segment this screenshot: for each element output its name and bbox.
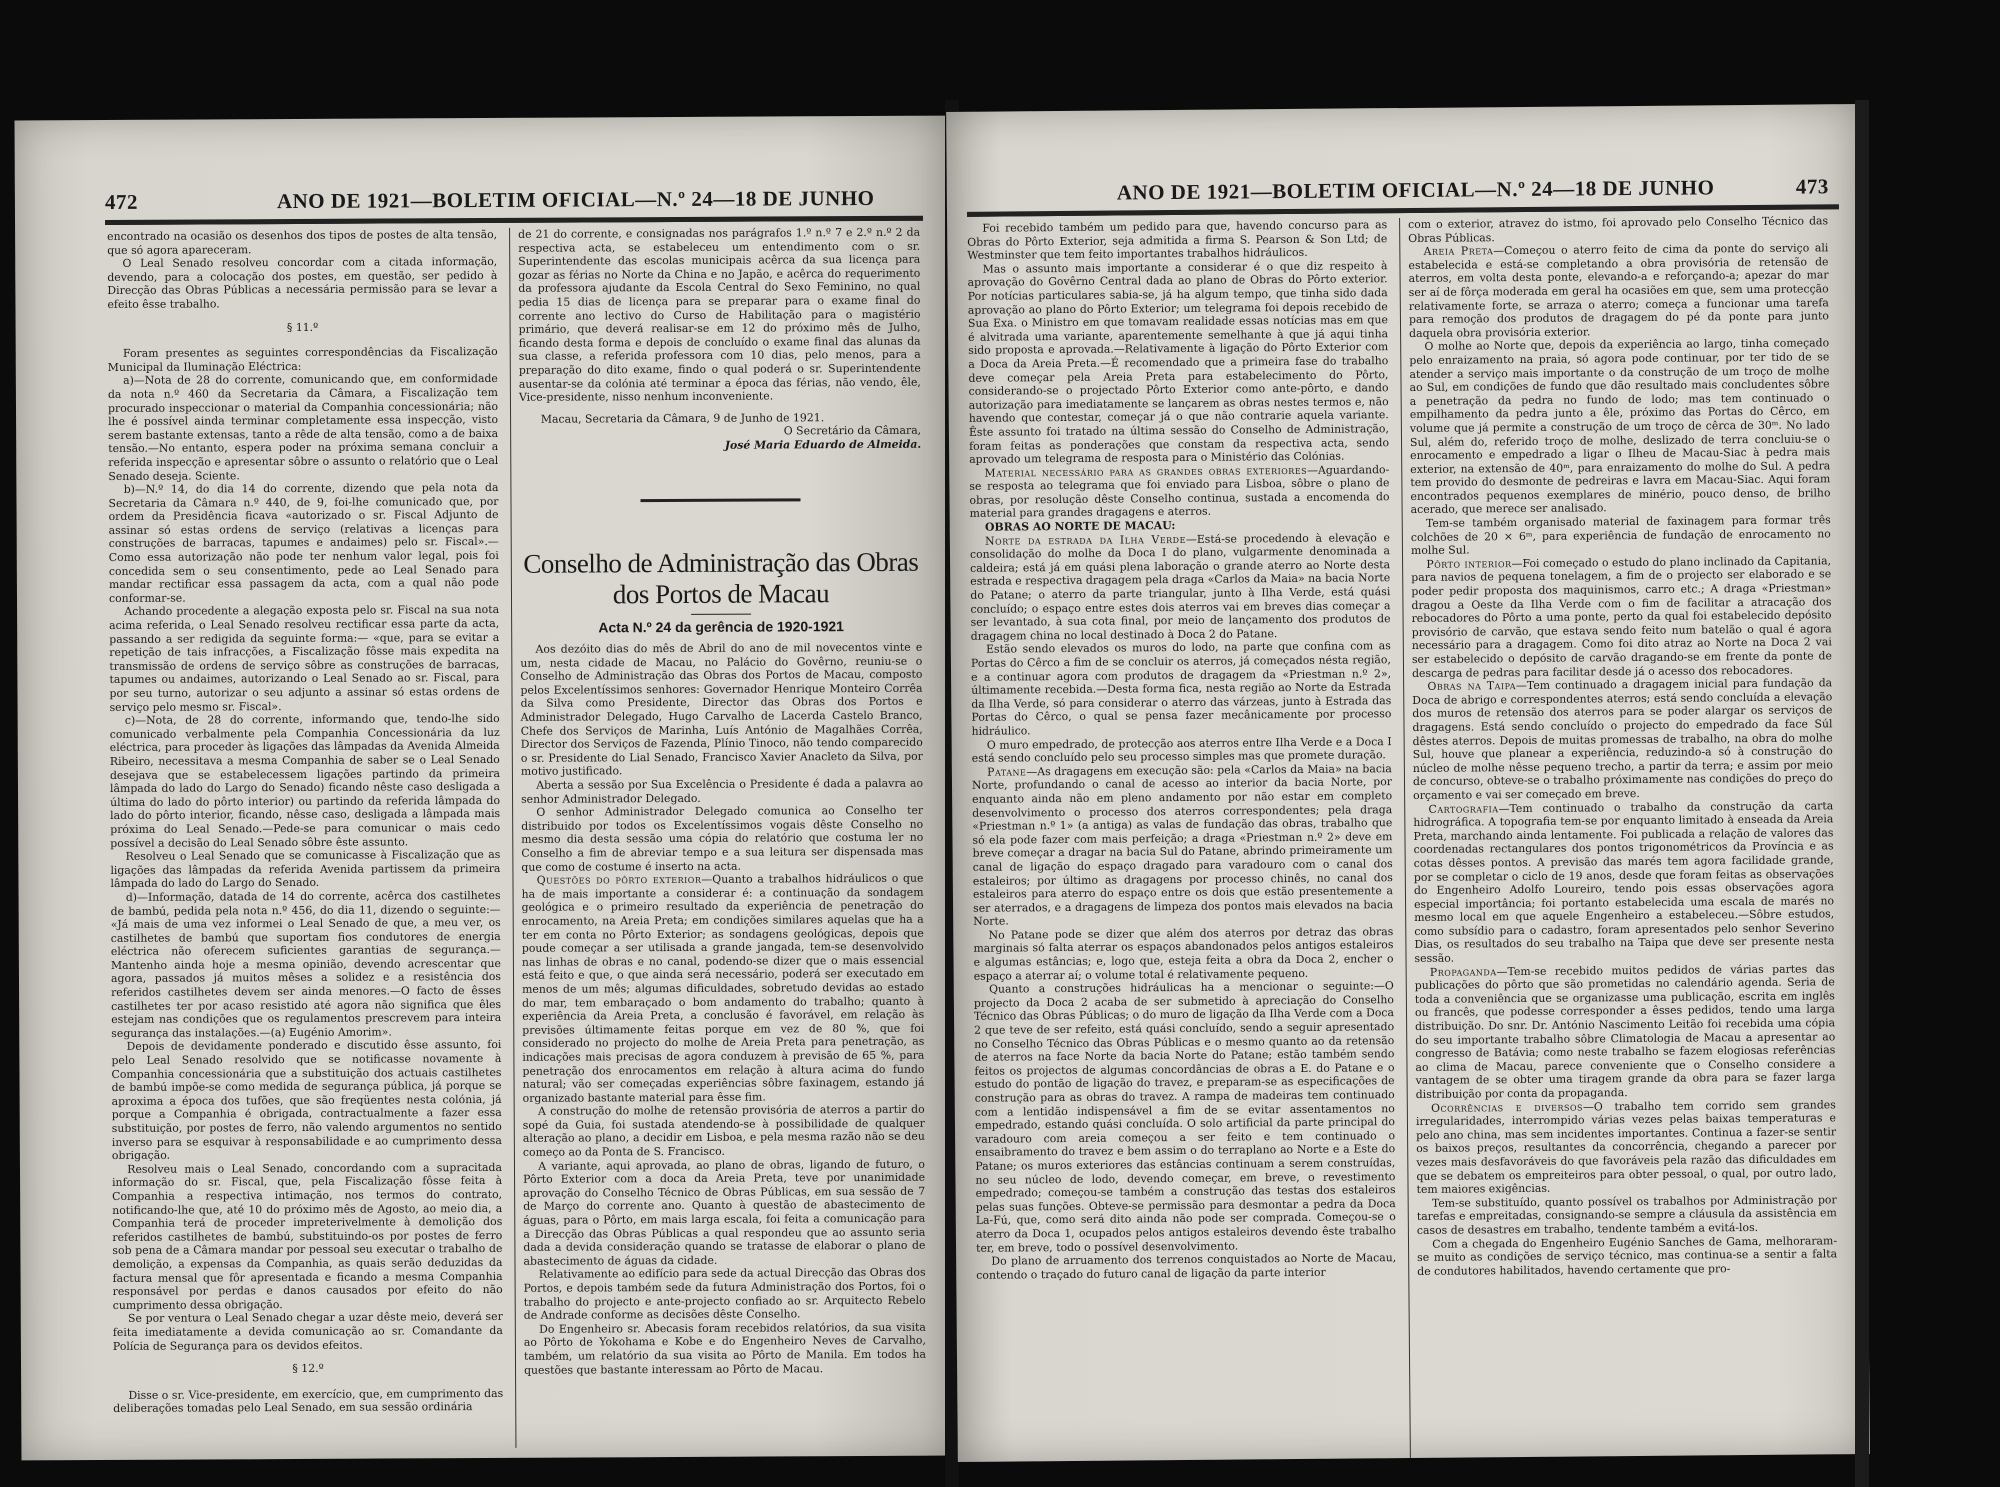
paragraph-lead: Patane <box>987 765 1026 778</box>
acta-title: Acta N.º 24 da gerência de 1920-1921 <box>520 619 922 635</box>
section-heading: Conselho de Administração das Obras dos … <box>520 546 922 615</box>
paragraph: Propaganda—Tem-se recebido muitos pedido… <box>1415 962 1836 1102</box>
paragraph: O muro empedrado, de protecção aos aterr… <box>972 735 1392 766</box>
paragraph: O Leal Senado resolveu concordar com a c… <box>107 255 497 311</box>
right-column-2: com o exterior, atravez do istmo, foi ap… <box>1399 214 1839 1458</box>
section-heading-line-2: dos Portos de Macau <box>520 577 922 610</box>
paragraph: Resolveu o Leal Senado que se comunicass… <box>110 848 500 891</box>
paragraph: Foram presentes as seguintes correspondê… <box>108 345 498 374</box>
paragraph: A construção do molhe de retensão provis… <box>523 1103 925 1159</box>
paragraph: Achando procedente a alegação exposta pe… <box>109 603 500 714</box>
paragraph: a)—Nota de 28 do corrente, comunicando q… <box>108 372 499 483</box>
paragraph: Se por ventura o Leal Senado chegar a uz… <box>113 1310 503 1353</box>
paragraph: Questões do pôrto exterior—Quanto a trab… <box>521 872 924 1105</box>
left-page: 472 ANO DE 1921—BOLETIM OFICIAL—N.º 24—1… <box>14 116 953 1461</box>
paragraph: Aberta a sessão por Sua Excelência o Pre… <box>521 777 923 806</box>
paragraph: Tem-se substituído, quanto possível os t… <box>1417 1193 1837 1237</box>
left-page-header: 472 ANO DE 1921—BOLETIM OFICIAL—N.º 24—1… <box>105 186 917 218</box>
heading-rule <box>691 613 751 614</box>
header-title: ANO DE 1921—BOLETIM OFICIAL—N.º 24—18 DE… <box>277 186 875 214</box>
page-number: 472 <box>105 190 138 215</box>
paragraph: Tem-se também organisado material de fax… <box>1411 513 1831 557</box>
paragraph: c)—Nota, de 28 do corrente, informando q… <box>110 712 501 850</box>
paragraph: Mas o assunto mais importante a consider… <box>967 259 1389 467</box>
paragraph: de 21 do corrente, e consignadas nos par… <box>518 226 921 405</box>
paragraph-lead: Norte da estrada da Ilha Verde <box>985 533 1186 548</box>
paragraph-lead: Areia Preta <box>1424 244 1494 258</box>
acta-body: Aos dezóito dias do mês de Abril do ano … <box>520 641 926 1377</box>
page-number: 473 <box>1796 174 1829 199</box>
paragraph-lead: Ocorrências e diversos <box>1431 1100 1583 1114</box>
paragraph: b)—N.º 14, do dia 14 do corrente, dizend… <box>108 481 499 605</box>
paragraph: Do plano de arruamento dos terrenos conq… <box>976 1251 1396 1282</box>
paragraph-lead: Propaganda <box>1430 965 1497 979</box>
section-heading-line-1: Conselho de Administração das Obras <box>520 546 922 579</box>
paragraph: O molhe ao Norte que, depois da experiên… <box>1409 337 1831 517</box>
paragraph-lead: Cartografia <box>1428 802 1498 816</box>
paragraph: Disse o sr. Vice-presidente, em exercíci… <box>113 1387 503 1416</box>
paragraph: Pôrto interior—Foi começado o estudo do … <box>1411 554 1832 680</box>
paragraph: com o exterior, atravez do istmo, foi ap… <box>1408 214 1828 245</box>
left-column-2: de 21 do corrente, e consignadas nos par… <box>509 226 926 1448</box>
right-column-1: Foi recebido também um pedido para que, … <box>967 218 1396 1282</box>
paragraph: Cartografia—Tem continuado o trabalho da… <box>1413 799 1834 966</box>
paragraph: Material necessário para as grandes obra… <box>969 463 1389 521</box>
paragraph: Areia Preta—Começou o aterro feito de ci… <box>1408 241 1829 340</box>
section-divider <box>640 498 800 502</box>
right-page: ANO DE 1921—BOLETIM OFICIAL—N.º 24—18 DE… <box>946 104 1870 1462</box>
paragraph: Relativamente ao edifício para sede da a… <box>524 1266 926 1322</box>
paragraph-lead: Obras na Taipa <box>1427 679 1516 693</box>
left-column-1: encontrado na ocasião os desenhos dos ti… <box>107 228 503 1416</box>
page-edge <box>1855 100 1869 1487</box>
section-marker: § 12.º <box>113 1361 503 1377</box>
header-title: ANO DE 1921—BOLETIM OFICIAL—N.º 24—18 DE… <box>1117 175 1715 205</box>
paragraph: d)—Informação, datada de 14 do corrente,… <box>111 889 502 1041</box>
paragraph: Resolveu mais o Leal Senado, concordando… <box>112 1161 503 1313</box>
paragraph-lead: Questões do pôrto exterior <box>537 873 702 887</box>
paragraph-lead: Pôrto interior <box>1426 557 1511 571</box>
signature-name: José Maria Eduardo de Almeida. <box>519 438 921 454</box>
paragraph: Aos dezóito dias do mês de Abril do ano … <box>520 641 923 779</box>
paragraph: Do Engenheiro sr. Abecasis foram recebid… <box>524 1320 926 1376</box>
paragraph: O senhor Administrador Delegado comunica… <box>521 804 923 874</box>
paragraph: Obras na Taipa—Tem continuado a dragagem… <box>1412 676 1833 802</box>
paragraph: Patane—As dragagens em execução são: pel… <box>972 762 1393 929</box>
paragraph: No Patane pode se dizer que além dos ate… <box>973 925 1393 983</box>
paragraph: Estão sendo elevados os muros do lodo, n… <box>971 640 1392 739</box>
paragraph: Depois de devidamente ponderado e discut… <box>111 1038 502 1162</box>
paragraph: Com a chegada do Engenheiro Eugénio Sanc… <box>1417 1234 1837 1278</box>
paragraph: Quanto a construções hidráulicas ha a me… <box>974 979 1396 1255</box>
paragraph: Norte da estrada da Ilha Verde—Está-se p… <box>970 531 1391 643</box>
paragraph: encontrado na ocasião os desenhos dos ti… <box>107 228 497 257</box>
paragraph: Ocorrências e diversos—O trabalho tem co… <box>1416 1098 1837 1197</box>
paragraph-lead: Material necessário para as grandes obra… <box>984 464 1307 480</box>
paragraph: A variante, aqui aprovada, ao plano de o… <box>523 1157 926 1268</box>
section-marker: § 11.º <box>108 319 498 335</box>
paragraph: Foi recebido também um pedido para que, … <box>967 218 1387 262</box>
